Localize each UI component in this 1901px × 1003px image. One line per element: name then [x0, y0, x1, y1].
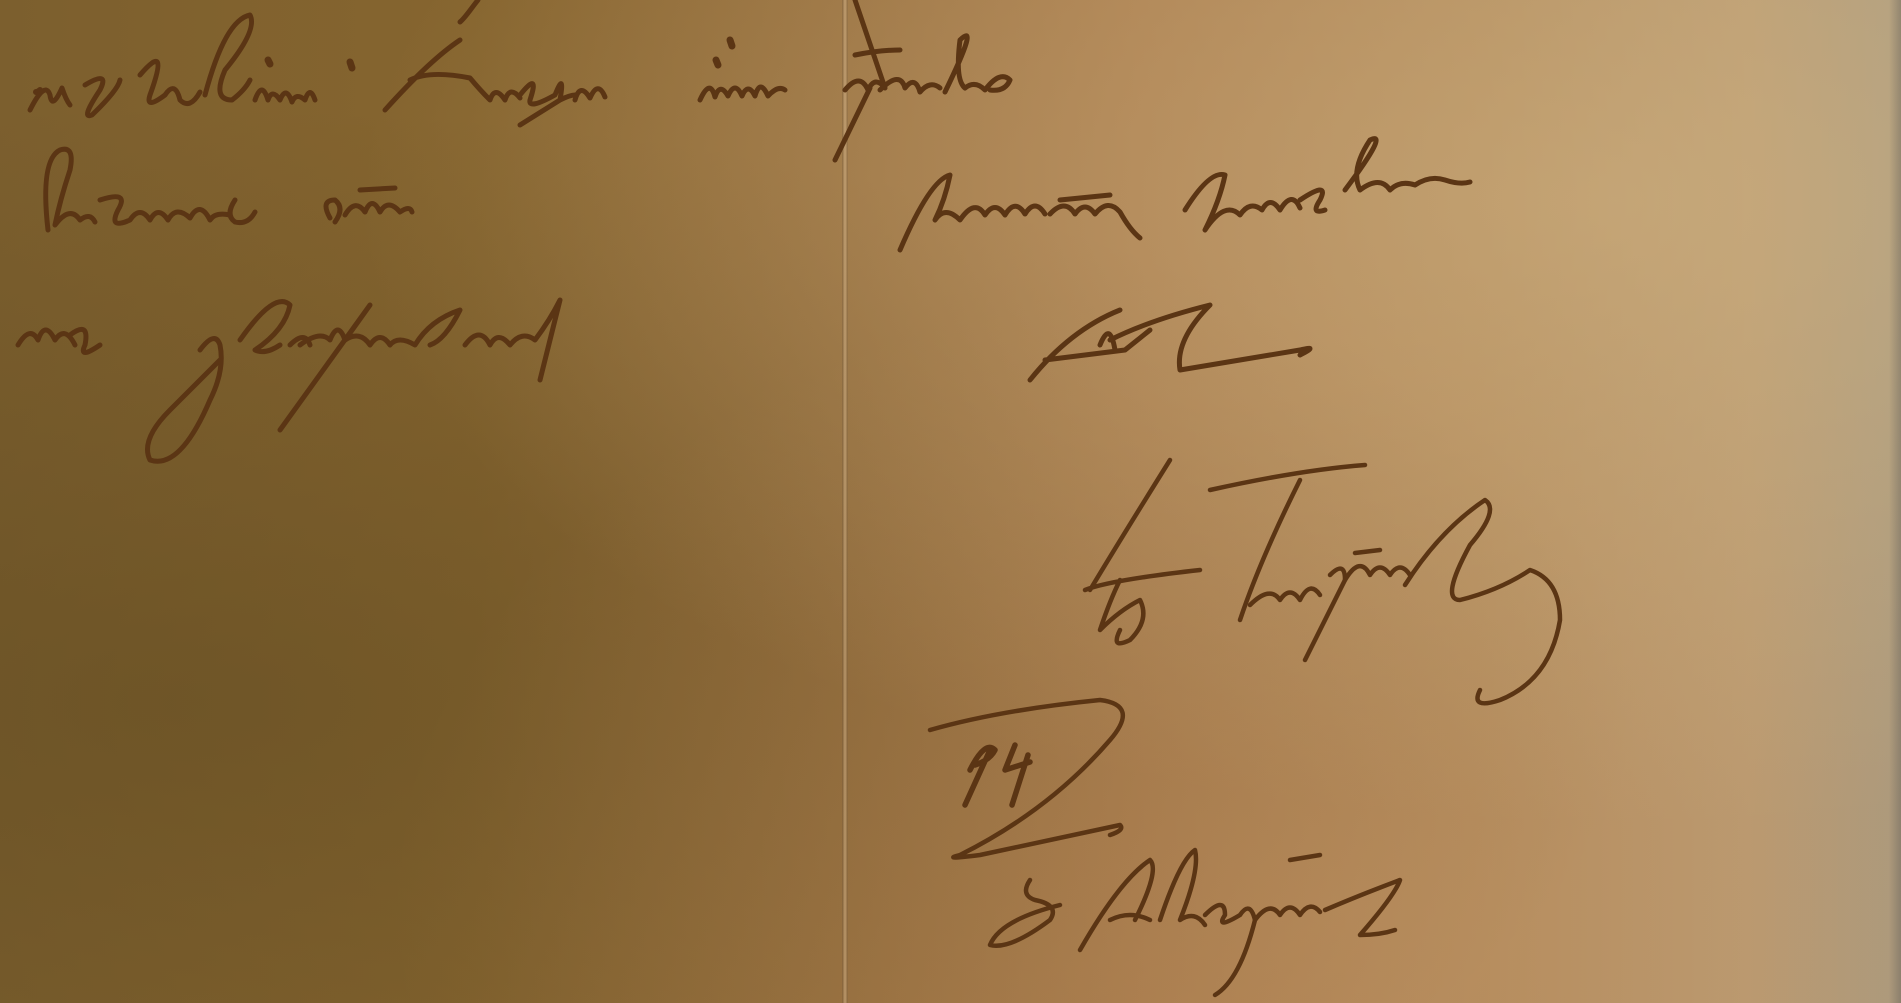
signature-handwriting	[1085, 460, 1560, 703]
handwriting-ink-layer	[0, 0, 1901, 1003]
line-2-handwriting	[46, 139, 1470, 250]
ink-stroke-top-descender	[460, 0, 478, 22]
line-1-handwriting	[30, 0, 1010, 160]
line-3-handwriting	[18, 300, 1310, 461]
date-handwriting	[930, 700, 1400, 995]
